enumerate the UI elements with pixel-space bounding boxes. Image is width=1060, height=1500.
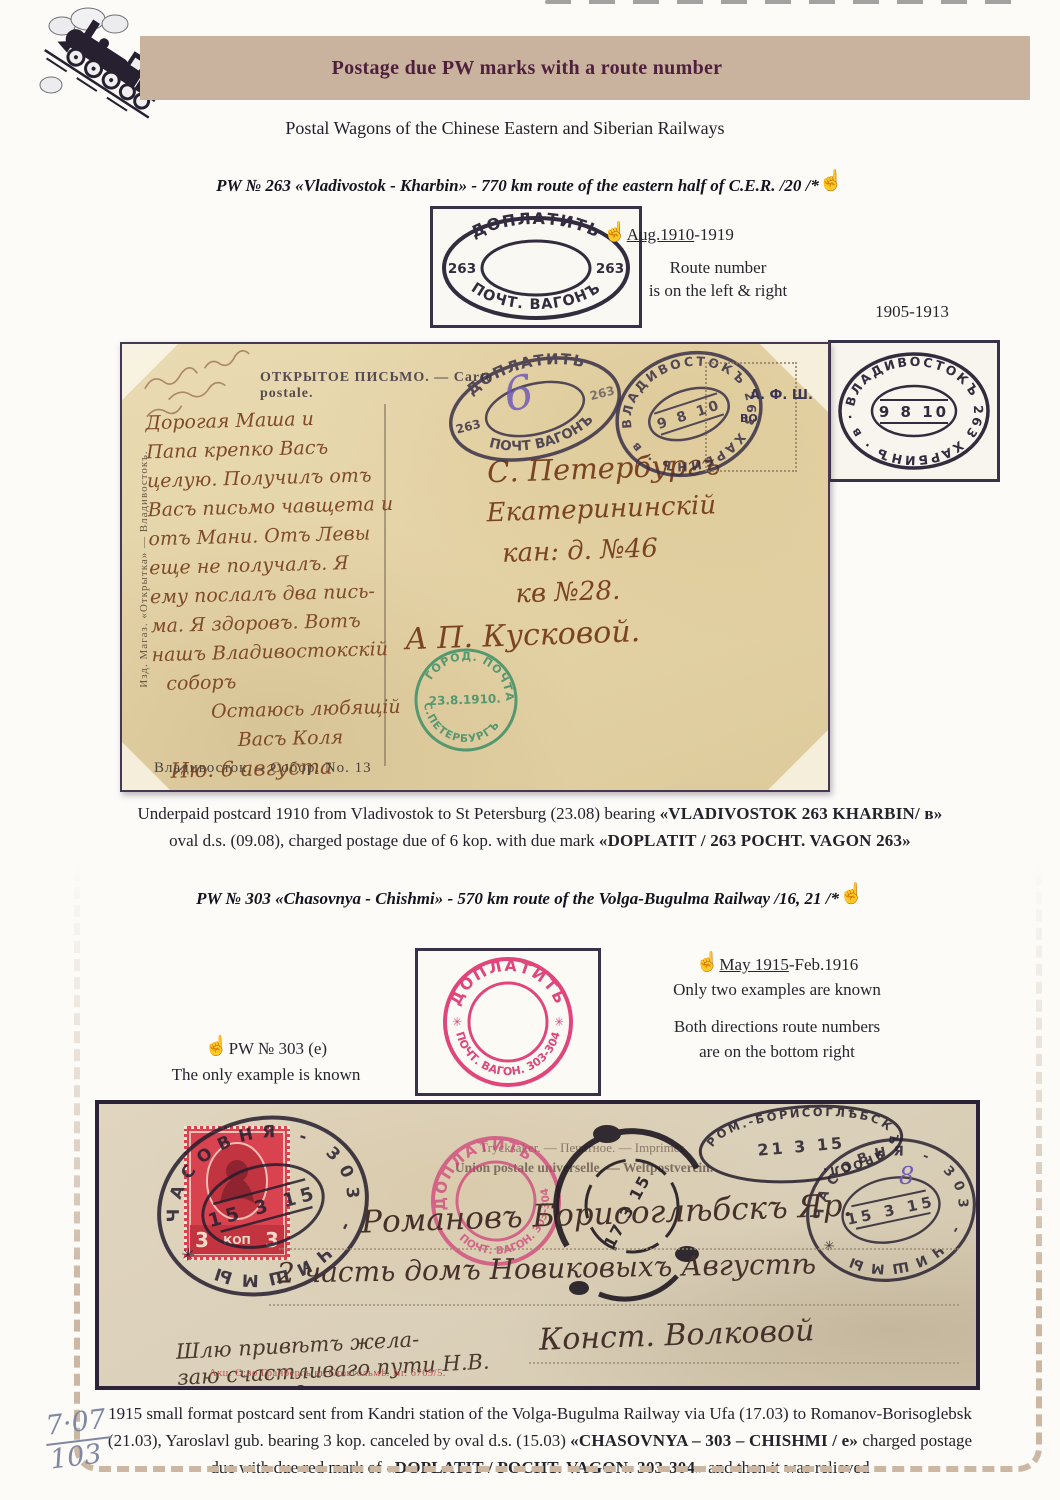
period-underlined: Aug.1910 xyxy=(627,225,695,244)
due-mark-bottom-text: ПОЧТ. ВАГОНЪ xyxy=(468,280,604,313)
handwritten-message: Дорогая Маша и Папа крепко Васъ целую. П… xyxy=(145,403,405,786)
period-rest: -1919 xyxy=(694,225,734,244)
caption-line: Underpaid postcard 1910 from Vladivostok… xyxy=(40,800,1040,827)
album-page-border xyxy=(74,862,1042,1472)
svg-text:ПОЧТ. ВАГОНЪ: ПОЧТ. ВАГОНЪ xyxy=(468,280,604,313)
note-line: Route number xyxy=(603,256,833,279)
datestamp-date: 9 8 10 xyxy=(879,403,949,421)
due-mark-top-text: ДОПЛАТИТЬ xyxy=(468,209,604,242)
section1-annotation: ☝Aug.1910-1919 Route number is on the le… xyxy=(603,222,833,302)
caption-text: oval d.s. (09.08), charged postage due o… xyxy=(169,831,599,850)
datestamp-period-label: 1905-1913 xyxy=(832,302,992,322)
section1-heading: PW № 263 «Vladivostok - Kharbin» - 770 k… xyxy=(0,172,1060,197)
pointing-hand-icon: ☝ xyxy=(603,222,627,243)
scan-edge-dashes xyxy=(545,0,1020,4)
mount-corner xyxy=(768,730,828,790)
printed-initials: А. Ф. Ш. xyxy=(750,388,813,403)
postcard-printed-caption: Владивосток. – Собор. No. 13 xyxy=(154,760,372,777)
exhibit-page: Postage due PW marks with a route number… xyxy=(0,0,1060,1500)
caption-line: oval d.s. (09.08), charged postage due o… xyxy=(40,827,1040,854)
title-banner: Postage due PW marks with a route number xyxy=(140,36,1030,100)
note-line: is on the left & right xyxy=(603,279,833,302)
datestamp-drawing-box: ВЛАДИВОСТОКЪ 263 ХАРБИНЪ · в · 9 8 10 xyxy=(828,340,1000,482)
pencil-page-note: 7·07 103 xyxy=(42,1404,115,1476)
due-mark-left-number: 263 xyxy=(448,261,476,277)
printed-initials-2: ВО xyxy=(740,412,758,425)
section1-caption: Underpaid postcard 1910 from Vladivostok… xyxy=(40,800,1040,854)
svg-text:ДОПЛАТИТЬ: ДОПЛАТИТЬ xyxy=(468,209,604,242)
page-subtitle: Postal Wagons of the Chinese Eastern and… xyxy=(0,118,1010,139)
caption-bold: «VLADIVOSTOK 263 KHARBIN/ в» xyxy=(660,804,943,823)
strike-left-number: 263 xyxy=(454,417,482,437)
vladivostok-oval-datestamp: ВЛАДИВОСТОКЪ 263 ХАРБИНЪ · в · 9 8 10 xyxy=(831,343,997,479)
postcard-vladivostok: Изд. Магаз. «Открытка» — Владивостокъ. О… xyxy=(120,342,830,792)
caption-text: Underpaid postcard 1910 from Vladivostok… xyxy=(138,804,660,823)
arrival-date: 23.8.1910. xyxy=(428,692,501,709)
caption-bold: «DOPLATIT / 263 POCHT. VAGON 263» xyxy=(599,831,911,850)
pointing-hand-icon: ☝ xyxy=(819,170,844,192)
route-number-note: Route number is on the left & right xyxy=(603,256,833,302)
section1-heading-text: PW № 263 «Vladivostok - Kharbin» - 770 k… xyxy=(216,176,819,195)
usage-period: ☝Aug.1910-1919 xyxy=(603,222,833,246)
page-title: Postage due PW marks with a route number xyxy=(140,36,1030,100)
